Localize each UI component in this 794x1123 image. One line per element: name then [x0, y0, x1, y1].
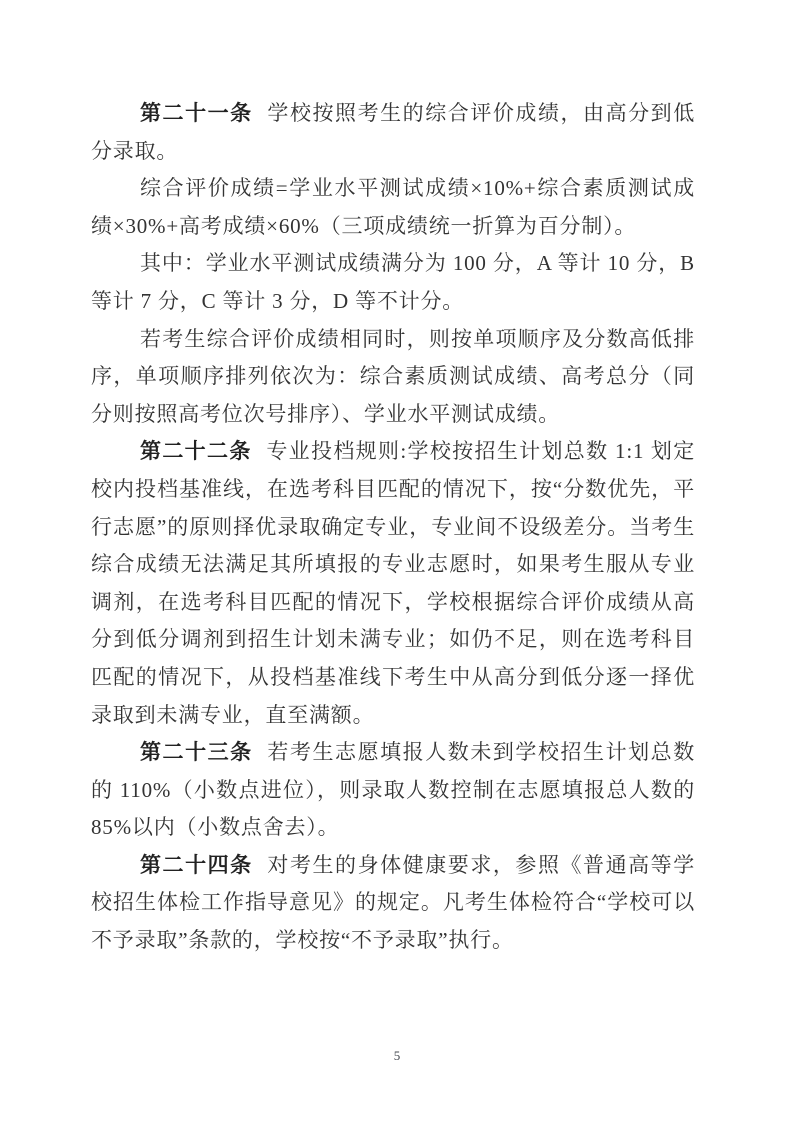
article-22-text: 专业投档规则:学校按招生计划总数 1:1 划定校内投档基准线，在选考科目匹配的情…: [91, 439, 695, 726]
article-22-number: 第二十二条: [140, 439, 252, 463]
article-23-number: 第二十三条: [140, 740, 253, 764]
paragraph-grade-conversion: 其中：学业水平测试成绩满分为 100 分，A 等计 10 分，B 等计 7 分，…: [91, 245, 695, 320]
document-page: 第二十一条学校按照考生的综合评价成绩，由高分到低分录取。 综合评价成绩=学业水平…: [0, 0, 794, 1123]
paragraph-article-24: 第二十四条对考生的身体健康要求，参照《普通高等学校招生体检工作指导意见》的规定。…: [91, 847, 695, 960]
article-21-number: 第二十一条: [140, 101, 253, 125]
article-24-number: 第二十四条: [140, 853, 253, 877]
score-formula-text: 综合评价成绩=学业水平测试成绩×10%+综合素质测试成绩×30%+高考成绩×60…: [91, 176, 695, 238]
page-number: 5: [0, 1048, 794, 1064]
tiebreaker-rule-text: 若考生综合评价成绩相同时，则按单项顺序及分数高低排序，单项顺序排列依次为：综合素…: [91, 327, 695, 426]
document-body: 第二十一条学校按照考生的综合评价成绩，由高分到低分录取。 综合评价成绩=学业水平…: [91, 95, 695, 960]
grade-conversion-text: 其中：学业水平测试成绩满分为 100 分，A 等计 10 分，B 等计 7 分，…: [91, 251, 695, 313]
paragraph-article-23: 第二十三条若考生志愿填报人数未到学校招生计划总数的 110%（小数点进位），则录…: [91, 734, 695, 847]
paragraph-article-21: 第二十一条学校按照考生的综合评价成绩，由高分到低分录取。: [91, 95, 695, 170]
paragraph-score-formula: 综合评价成绩=学业水平测试成绩×10%+综合素质测试成绩×30%+高考成绩×60…: [91, 170, 695, 245]
paragraph-article-22: 第二十二条专业投档规则:学校按招生计划总数 1:1 划定校内投档基准线，在选考科…: [91, 433, 695, 734]
paragraph-tiebreaker-rule: 若考生综合评价成绩相同时，则按单项顺序及分数高低排序，单项顺序排列依次为：综合素…: [91, 321, 695, 434]
